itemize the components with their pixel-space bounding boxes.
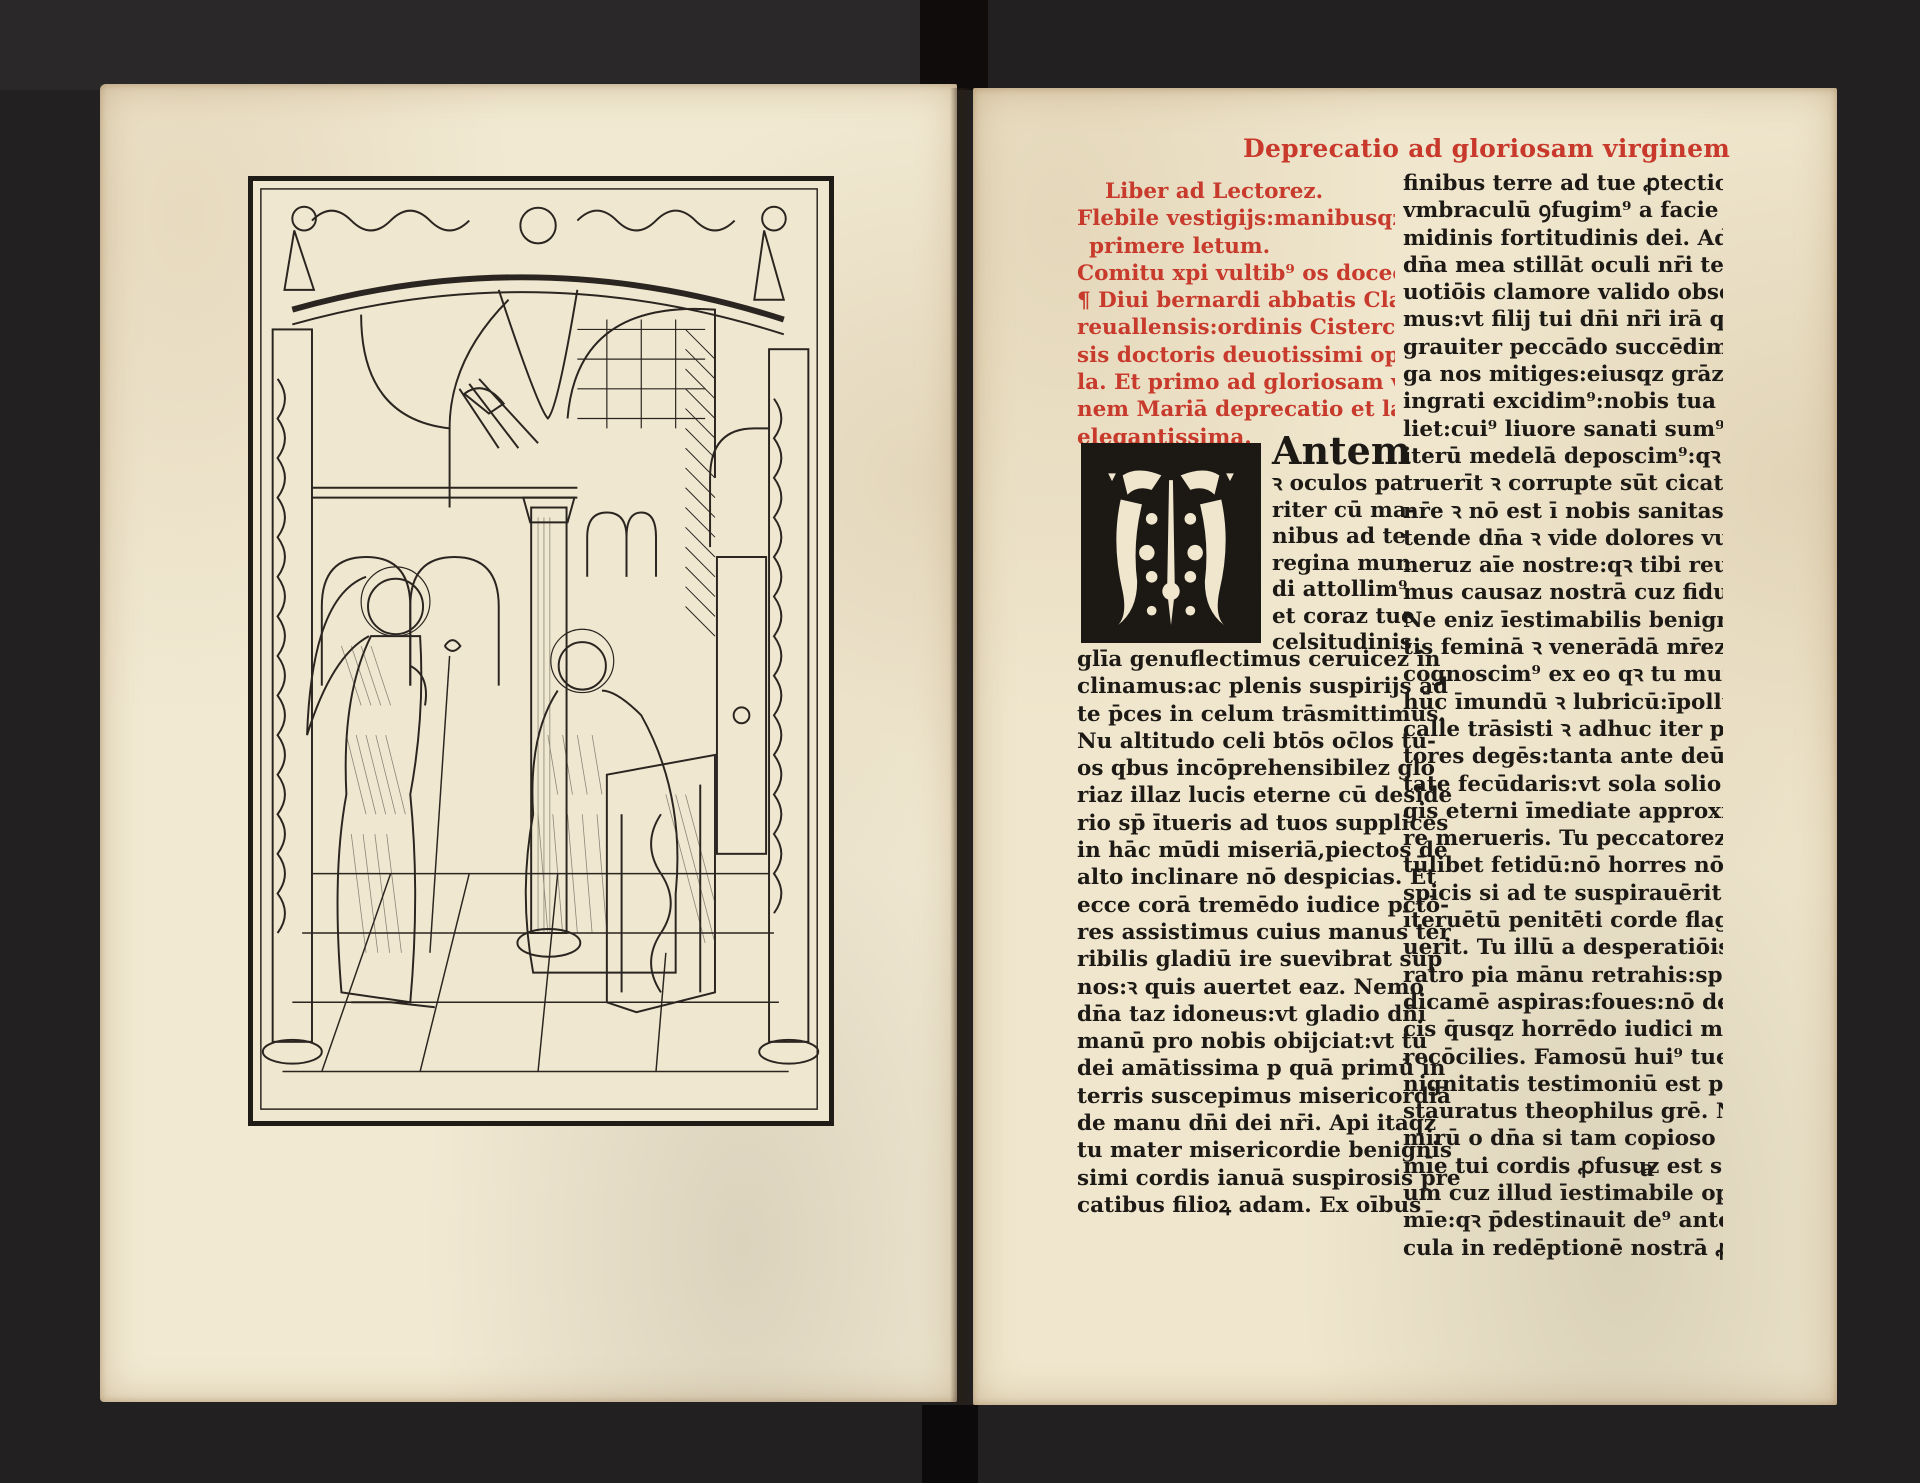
text-line: ga nos mitiges:eiusqz grāz a q̄ (1403, 361, 1723, 388)
woodcut-illustration-icon (253, 181, 829, 1121)
text-line: di attollim⁹ (1272, 577, 1402, 604)
text-line: cula in redēptionē nostrā ꝓmū (1403, 1235, 1723, 1262)
binding-gutter-top (920, 0, 988, 90)
text-line: īteruētū penitēti corde flagita- (1403, 907, 1723, 934)
text-line: cognoscim⁹ ex eo qꝛ tu munduz (1403, 661, 1723, 688)
text-line: glīa genuflectimus ceruicez in (1077, 646, 1397, 673)
text-line: iterū medelā deposcim⁹:qꝛ pu- (1403, 443, 1723, 470)
text-line: Nu altitudo celi btōs oc̄los tu- (1077, 728, 1397, 755)
text-line: te p̄ces in celum trāsmittimus. (1077, 701, 1397, 728)
text-line: ingrati excidim⁹:nobis tua ꝯci (1403, 388, 1723, 415)
text-line: rio sp̄ ītueris ad tuos supplices (1077, 810, 1397, 837)
text-line: tis feminā ꝛ venerādā mr̄ez eē (1403, 634, 1723, 661)
text-line: dn̄a mea stillāt oculi nr̄i te de- (1403, 252, 1723, 279)
text-line: tūlibet fetidū:nō horres nō de- (1403, 852, 1723, 879)
scan-background (0, 0, 920, 90)
text-line: et coraz tue (1272, 604, 1402, 631)
text-line: de manu dn̄i dei nr̄i. Api itaqz (1077, 1110, 1397, 1137)
text-line: gis eterni īmediate approxima (1403, 798, 1723, 825)
text-line: riaz illaz lucis eterne cū deside (1077, 782, 1397, 809)
text-line: uotiōis clamore valido obsecra (1403, 279, 1723, 306)
text-line: manū pro nobis obijciat:vt tu (1077, 1028, 1397, 1055)
text-line: os qbus incōprehensibilez glo (1077, 755, 1397, 782)
text-line: uerit. Tu illū a desperatiōis ba (1403, 934, 1723, 961)
text-line: um cuz illud īestimabile opus (1403, 1180, 1723, 1207)
text-line: hūc īmundū ꝛ lubricū:īpolluto (1403, 689, 1723, 716)
text-line: stauratus theophilus grē. Nec (1403, 1098, 1723, 1125)
heading-line: Comitu xpi vultib⁹ os doceo. (1077, 260, 1395, 287)
text-line: neruz aīe nostre:qꝛ tibi reuela- (1403, 552, 1723, 579)
text-line: res assistimus cuius manus ter (1077, 919, 1397, 946)
text-line: ribilis gladiū ire suevibrat sup (1077, 946, 1397, 973)
rubric-heading: Liber ad Lectorez. Flebile vestigijs:man… (1077, 178, 1395, 451)
text-line: tores degēs:tanta ante deū scti (1403, 743, 1723, 770)
text-line: tende dn̄a ꝛ vide dolores vul- (1403, 525, 1723, 552)
text-line: dn̄a taz idoneus:vt gladio dn̄i (1077, 1001, 1397, 1028)
text-line: re merueris. Tu peccatorez q̄z- (1403, 825, 1723, 852)
text-line: dicamē aspiras:foues:nō despi (1403, 989, 1723, 1016)
text-line: simi cordis ianuā suspirosis pre (1077, 1165, 1397, 1192)
text-line: finibus terre ad tue ꝓtectionis (1403, 170, 1723, 197)
text-line: Antem (1272, 431, 1402, 471)
text-line: nos:ꝛ quis auertet eaz. Nemo (1077, 974, 1397, 1001)
text-line: vmbraculū ꝯfugim⁹ a facie for- (1403, 197, 1723, 224)
text-line: nignitatis testimoniū est p te re (1403, 1071, 1723, 1098)
heading-line: nem Mariā deprecatio et laus (1077, 396, 1395, 423)
running-head: Deprecatio ad gloriosam virginem (1243, 134, 1730, 163)
signature-mark: a (1640, 1156, 1654, 1182)
text-line: calle trāsisti ꝛ adhuc iter pecca (1403, 716, 1723, 743)
binding-gutter-bottom (922, 1405, 978, 1483)
text-column-left: glīa genuflectimus ceruicez in clinamus:… (1077, 646, 1397, 1219)
text-line: recōcilies. Famosū hui⁹ tue be- (1403, 1044, 1723, 1071)
text-line: mus causaz nostrā cuz fiducia. (1403, 579, 1723, 606)
text-line: cis q̄usqz horrēdo iudici miseꝝ (1403, 1016, 1723, 1043)
text-line: in hāc mūdi miseriā,piectos de (1077, 837, 1397, 864)
text-line: riter cū ma- (1272, 498, 1402, 525)
text-column-right: finibus terre ad tue ꝓtectionis vmbracul… (1403, 170, 1723, 1262)
text-line: nibus ad te (1272, 524, 1402, 551)
heading-line: primere letum. (1077, 233, 1395, 260)
heading-line: la. Et primo ad gloriosam virgi (1077, 369, 1395, 396)
text-line: Ne eniz īestimabilis benignita (1403, 607, 1723, 634)
text-line: mus:vt filij tui dn̄i nr̄i irā quaz (1403, 306, 1723, 333)
text-line: midinis fortitudinis dei. Ad te (1403, 225, 1723, 252)
text-line: catibus filioꝝ adam. Ex oībus (1077, 1192, 1397, 1219)
text-line: grauiter peccādo succēdim⁹:er (1403, 334, 1723, 361)
text-line: liet:cui⁹ liuore sanati sum⁹:ei⁹ (1403, 416, 1723, 443)
annunciation-woodcut (248, 176, 834, 1126)
decorated-initial-a (1081, 443, 1261, 643)
text-line: ecce corā tremēdo iudice pctō- (1077, 892, 1397, 919)
heading-line: Liber ad Lectorez. (1077, 178, 1395, 205)
text-line: truerīt ꝛ corrupte sūt cicatrices (1403, 470, 1723, 497)
text-line: mīe:qꝛ p̄destinauit de⁹ ante se- (1403, 1207, 1723, 1234)
text-line: mirū o dn̄a si tam copioso oleo (1403, 1125, 1723, 1152)
text-line: dei amātissima p quā primū in (1077, 1055, 1397, 1082)
text-line: nr̄e ꝛ nō est ī nobis sanitas. At- (1403, 498, 1723, 525)
text-line: mīe tui cordis ꝓfusuz est solari- (1403, 1153, 1723, 1180)
floriated-initial-icon (1084, 446, 1258, 640)
text-line: regina mun (1272, 551, 1402, 578)
text-line: spicis si ad te suspirauērit tuūqz (1403, 880, 1723, 907)
heading-line: Flebile vestigijs:manibusqz i (1077, 205, 1395, 232)
spine-shadow (950, 88, 974, 1405)
heading-line: sis doctoris deuotissimi opuscu (1077, 342, 1395, 369)
text-beside-initial: Antem ꝛ oculos pa riter cū ma- nibus ad … (1272, 431, 1402, 657)
text-line: tate fecūdaris:vt sola solio re- (1403, 771, 1723, 798)
text-line: terris suscepimus misericordiā (1077, 1083, 1397, 1110)
heading-line: ¶ Diui bernardi abbatis Cla (1077, 287, 1395, 314)
heading-line: reuallensis:ordinis Cistercien (1077, 314, 1395, 341)
text-line: alto inclinare nō despicias. Et (1077, 864, 1397, 891)
text-line: ratro pia mānu retrahis:spei me (1403, 962, 1723, 989)
text-line: tu mater misericordie benignis (1077, 1137, 1397, 1164)
text-line: ꝛ oculos pa (1272, 471, 1402, 498)
text-line: clinamus:ac plenis suspirijs ad (1077, 673, 1397, 700)
